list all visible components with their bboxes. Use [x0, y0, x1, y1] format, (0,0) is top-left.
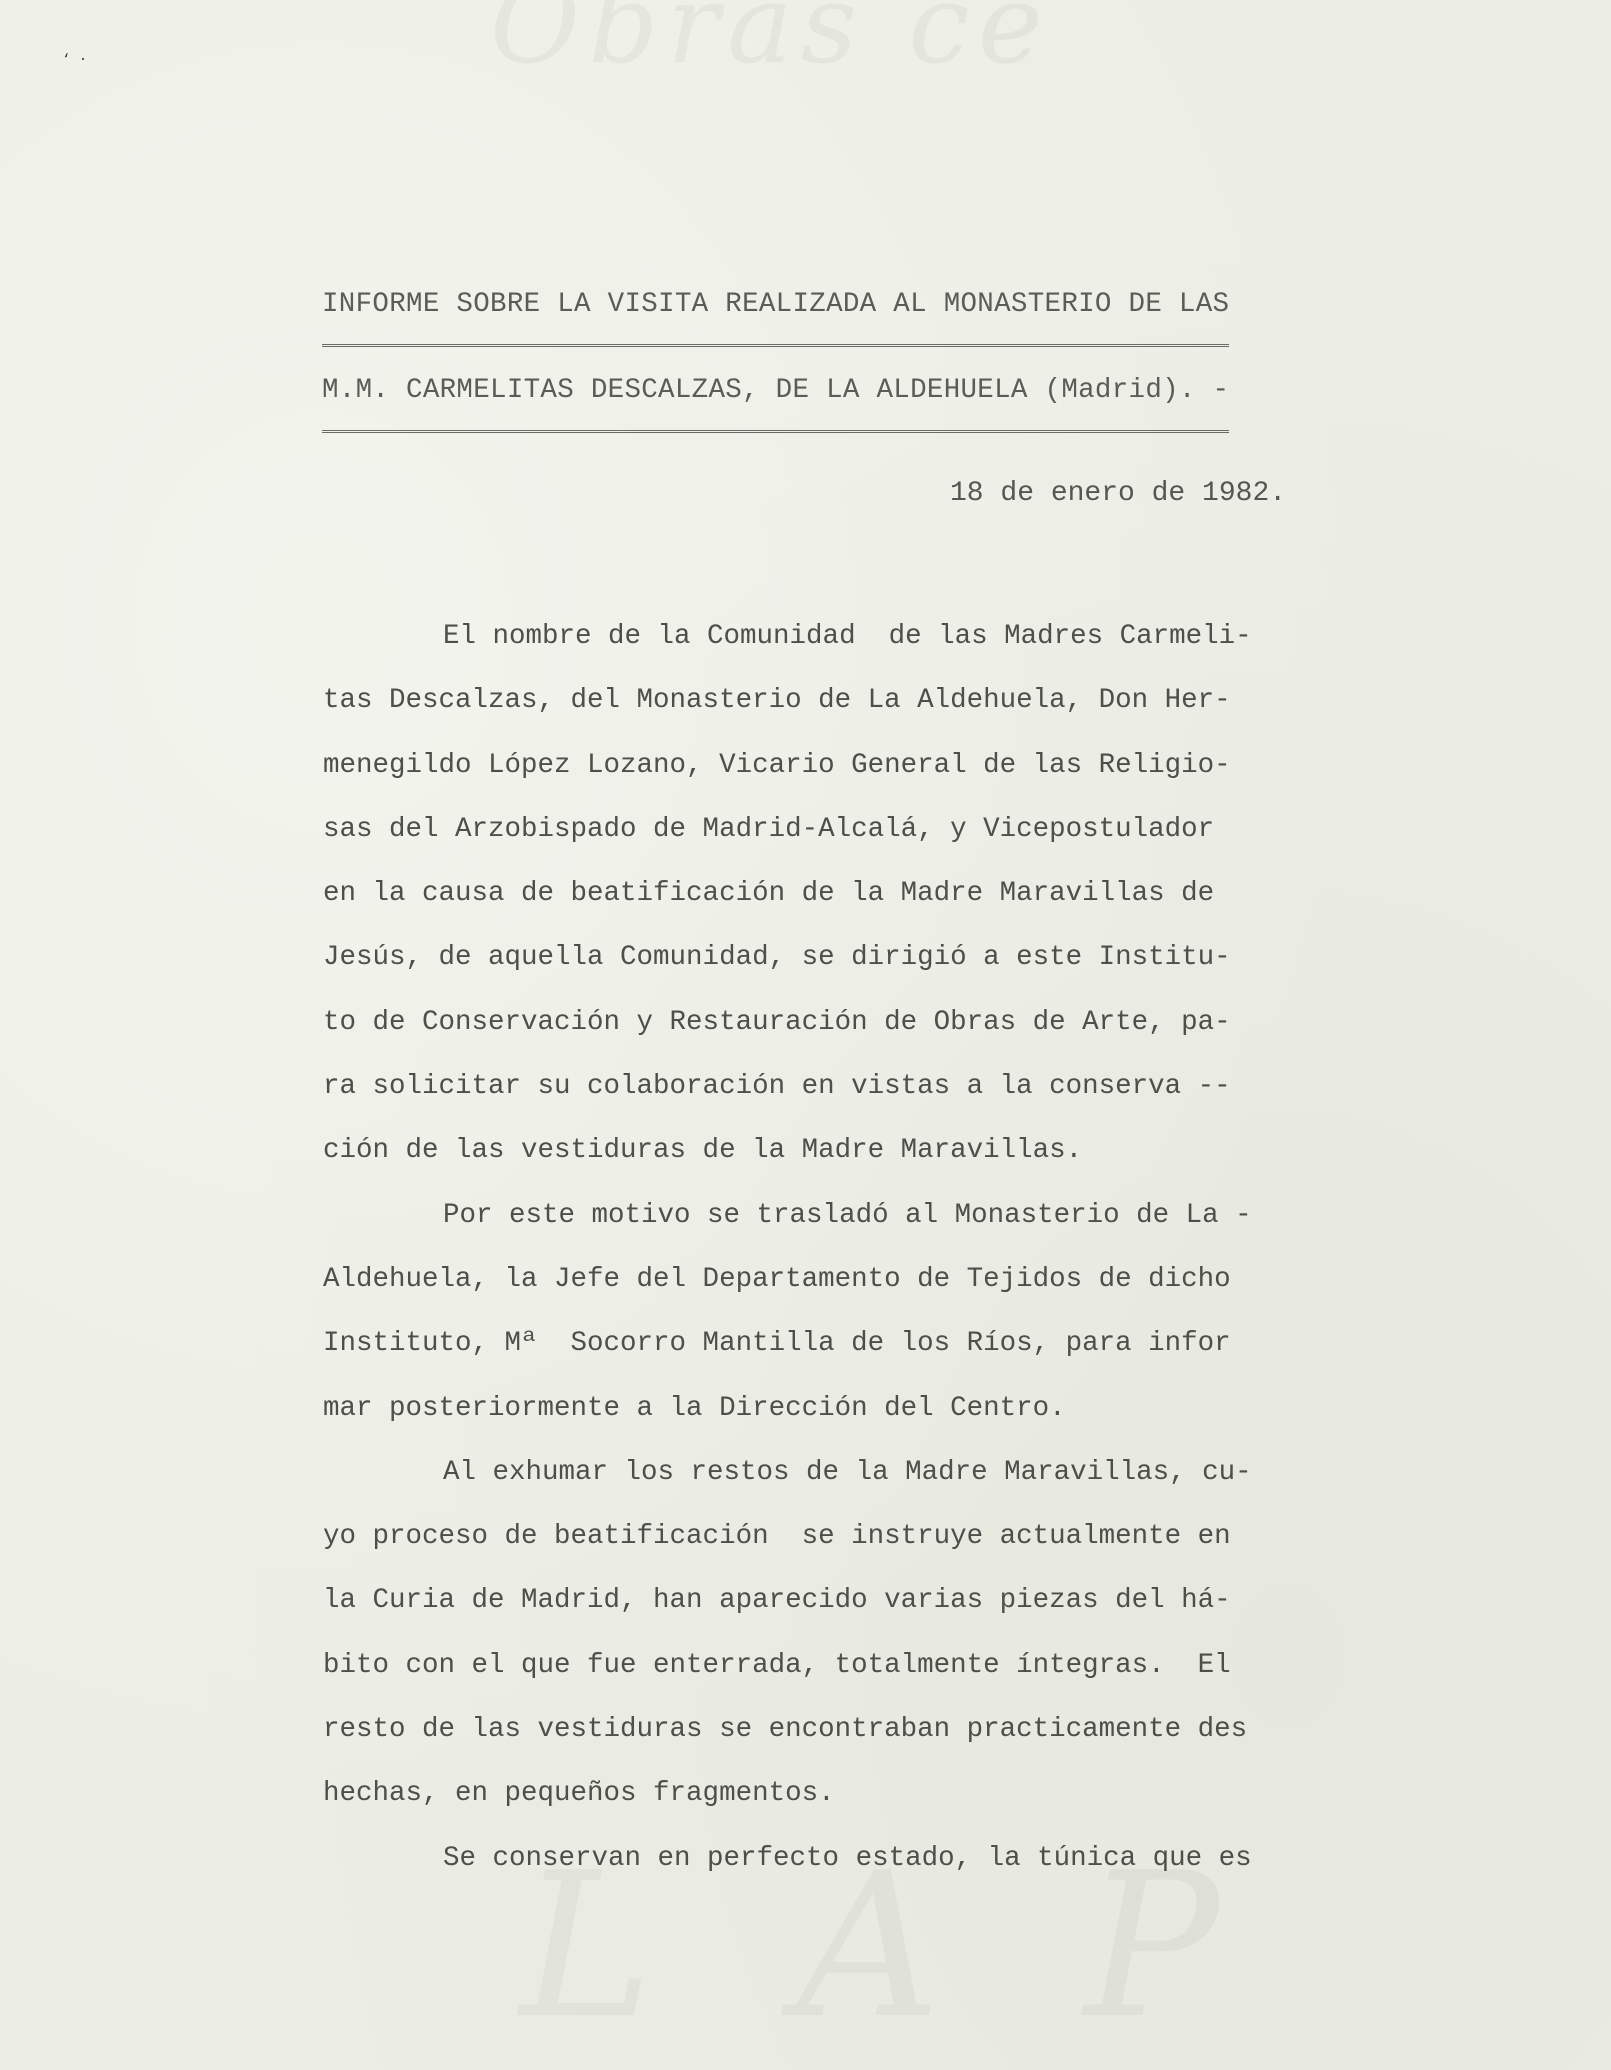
- corner-mark: ‘ ·: [62, 52, 87, 68]
- title-line-1: INFORME SOBRE LA VISITA REALIZADA AL MON…: [322, 280, 1229, 347]
- paragraph-1-line-5: en la causa de beatificación de la Madre…: [323, 862, 1463, 926]
- paragraph-1-line-3: menegildo López Lozano, Vicario General …: [323, 734, 1463, 798]
- paragraph-2-line-2: Aldehuela, la Jefe del Departamento de T…: [323, 1248, 1463, 1312]
- paragraph-1-line-9: ción de las vestiduras de la Madre Marav…: [323, 1119, 1463, 1183]
- paragraph-1-line-8: ra solicitar su colaboración en vistas a…: [323, 1055, 1463, 1119]
- paragraph-3-line-4: bito con el que fue enterrada, totalment…: [323, 1634, 1463, 1698]
- document-body: El nombre de la Comunidad de las Madres …: [323, 605, 1463, 1891]
- document-title: INFORME SOBRE LA VISITA REALIZADA AL MON…: [322, 280, 1422, 452]
- paragraph-3-line-1: Al exhumar los restos de la Madre Maravi…: [323, 1441, 1463, 1505]
- paragraph-1-line-7: to de Conservación y Restauración de Obr…: [323, 991, 1463, 1055]
- paragraph-1-line-1: El nombre de la Comunidad de las Madres …: [323, 605, 1463, 669]
- paragraph-3-line-3: la Curia de Madrid, han aparecido varias…: [323, 1569, 1463, 1633]
- title-line-2: M.M. CARMELITAS DESCALZAS, DE LA ALDEHUE…: [322, 366, 1229, 433]
- document-date: 18 de enero de 1982.: [950, 478, 1286, 509]
- paragraph-1-line-2: tas Descalzas, del Monasterio de La Alde…: [323, 669, 1463, 733]
- paragraph-2-line-4: mar posteriormente a la Dirección del Ce…: [323, 1377, 1463, 1441]
- paragraph-4-line-1: Se conservan en perfecto estado, la túni…: [323, 1827, 1463, 1891]
- paragraph-1-line-6: Jesús, de aquella Comunidad, se dirigió …: [323, 926, 1463, 990]
- paragraph-3-line-2: yo proceso de beatificación se instruye …: [323, 1505, 1463, 1569]
- paragraph-1-line-4: sas del Arzobispado de Madrid-Alcalá, y …: [323, 798, 1463, 862]
- paragraph-2-line-3: Instituto, Mª Socorro Mantilla de los Rí…: [323, 1312, 1463, 1376]
- paragraph-3-line-6: hechas, en pequeños fragmentos.: [323, 1762, 1463, 1826]
- paragraph-3-line-5: resto de las vestiduras se encontraban p…: [323, 1698, 1463, 1762]
- watermark-top: Obras ce: [490, 0, 1051, 88]
- paragraph-2-line-1: Por este motivo se trasladó al Monasteri…: [323, 1184, 1463, 1248]
